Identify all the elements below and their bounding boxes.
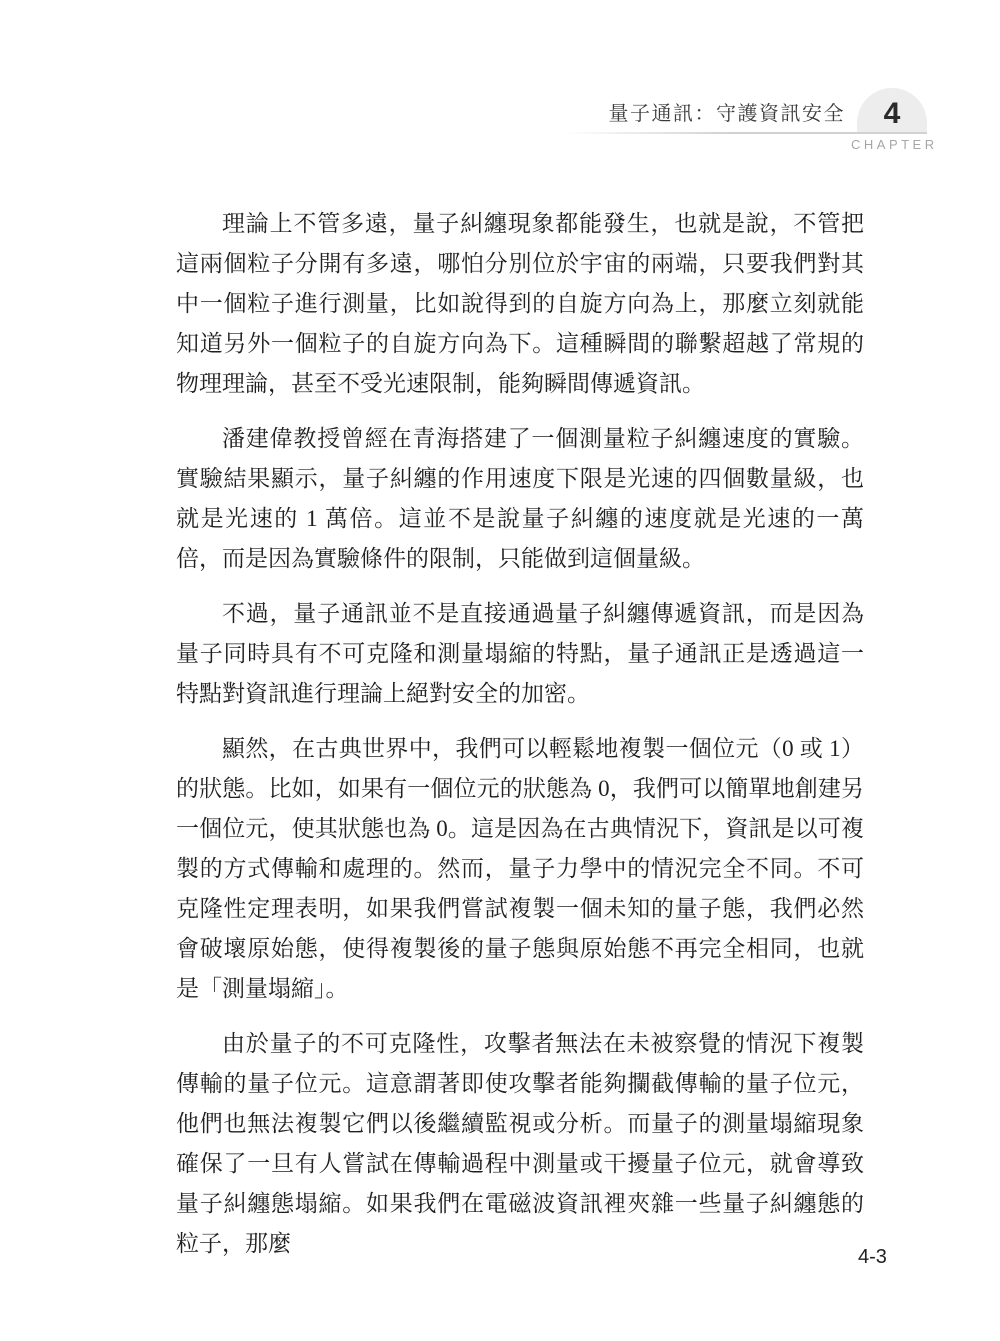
body-paragraph: 由於量子的不可克隆性，攻擊者無法在未被察覺的情況下複製傳輸的量子位元。這意謂著即… xyxy=(176,1024,864,1264)
chapter-label: CHAPTER xyxy=(851,137,938,152)
body-paragraph: 理論上不管多遠，量子糾纏現象都能發生，也就是說，不管把這兩個粒子分開有多遠，哪怕… xyxy=(176,204,864,404)
body-paragraph: 顯然，在古典世界中，我們可以輕鬆地複製一個位元（0 或 1）的狀態。比如，如果有… xyxy=(176,729,864,1009)
chapter-number: 4 xyxy=(884,99,901,133)
body-paragraph: 不過，量子通訊並不是直接通過量子糾纏傳遞資訊，而是因為量子同時具有不可克隆和測量… xyxy=(176,594,864,714)
chapter-number-badge: 4 xyxy=(857,88,927,133)
page-number: 4-3 xyxy=(858,1246,887,1269)
body-paragraph: 潘建偉教授曾經在青海搭建了一個測量粒子糾纏速度的實驗。實驗結果顯示，量子糾纏的作… xyxy=(176,419,864,579)
chapter-title: 量子通訊：守護資訊安全 xyxy=(609,97,846,126)
page-body: 理論上不管多遠，量子糾纏現象都能發生，也就是說，不管把這兩個粒子分開有多遠，哪怕… xyxy=(176,204,864,1279)
header-divider xyxy=(563,132,927,134)
